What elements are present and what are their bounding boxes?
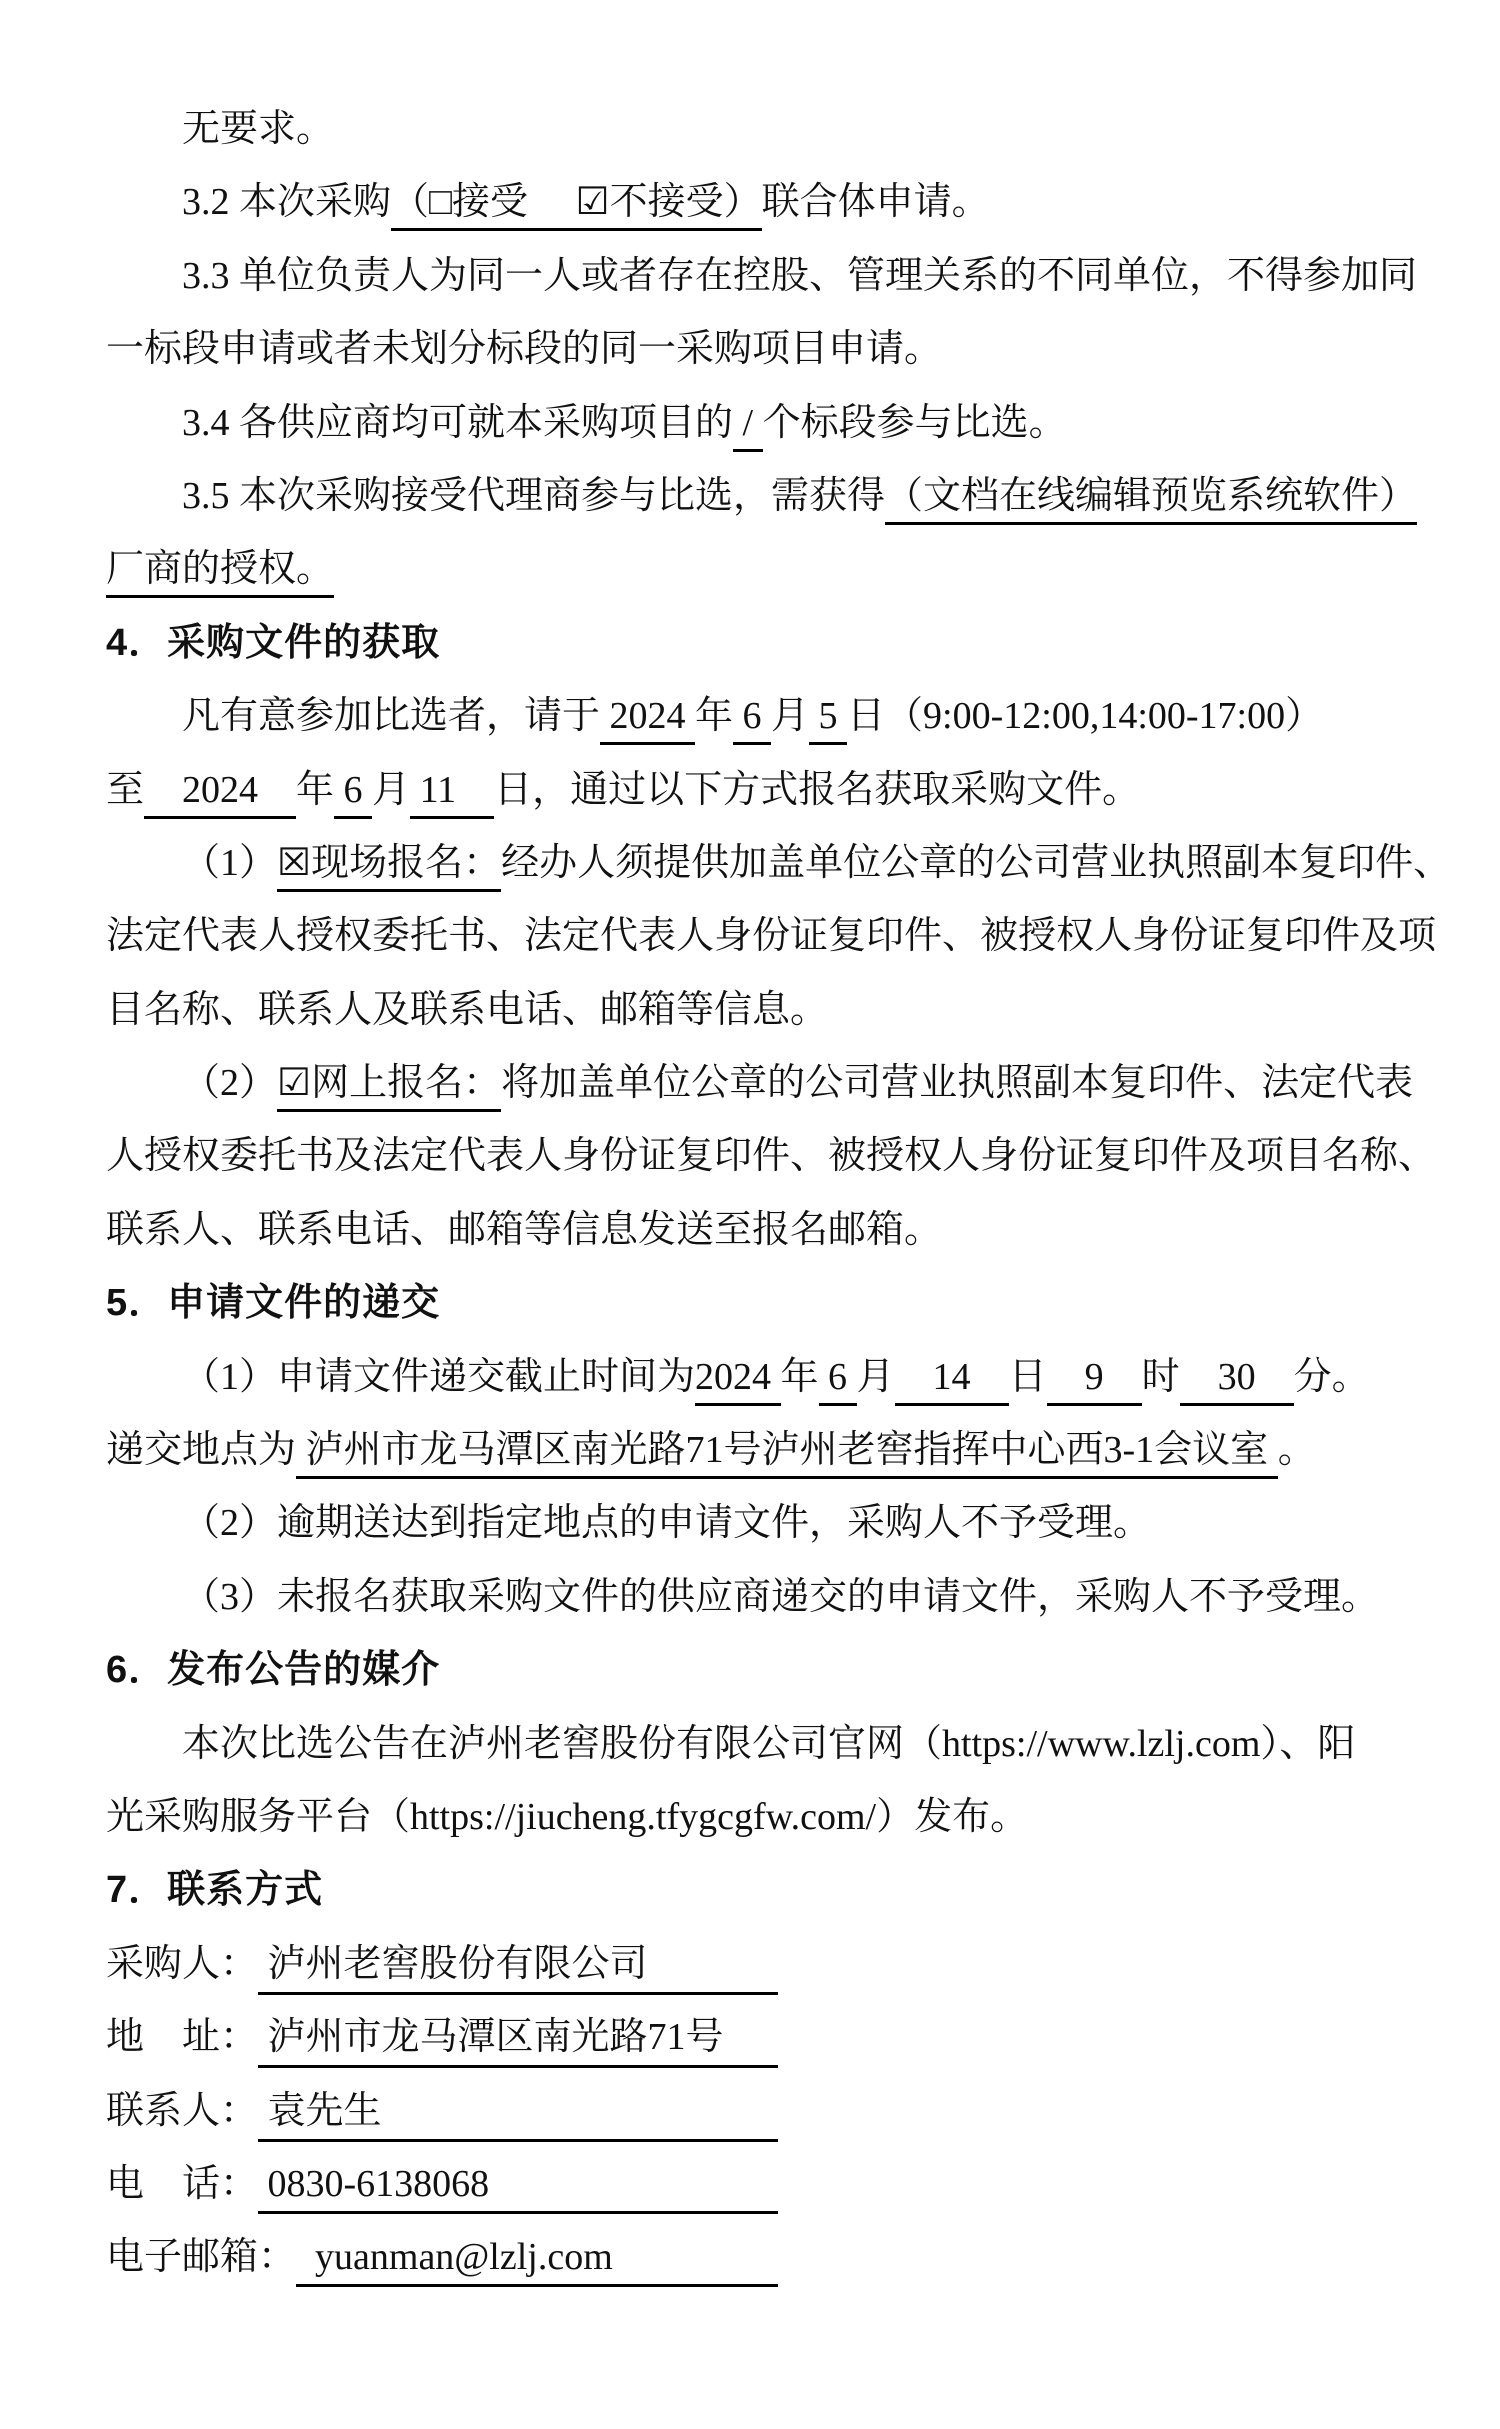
contact-email: 电子邮箱： yuanman@lzlj.com [106, 2221, 1411, 2294]
text-segment: 时 [1142, 1356, 1180, 1398]
text-segment: 本次比选公告在泸州老窖股份有限公司官网（https://www.lzlj.com… [182, 1723, 1355, 1765]
text-segment: 厂商的授权。 [106, 548, 334, 598]
text-segment: 3.4 各供应商均可就本采购项目的 [182, 402, 733, 444]
text-segment: （1）申请文件递交截止时间为 [182, 1356, 695, 1398]
checkbox-checked-icon: ☑ [576, 181, 610, 231]
text-segment: 6 [733, 695, 771, 745]
line-no-requirement: 无要求。 [106, 93, 1411, 166]
text-segment: 电 话： [106, 2163, 258, 2205]
text-segment: 3.2 本次采购 [182, 181, 391, 223]
text-segment: 无要求。 [182, 108, 334, 150]
text-segment: 至 [106, 769, 144, 811]
line-3-5-wrap-2: 厂商的授权。 [106, 533, 1411, 606]
text-segment: 凡有意参加比选者，请于 [182, 695, 600, 737]
text-segment: 递交地点为 [106, 1429, 296, 1471]
text-segment: 年 [781, 1356, 819, 1398]
document-body: 无要求。3.2 本次采购（□接受 ☑不接受）联合体申请。3.3 单位负责人为同一… [106, 93, 1411, 2295]
heading-4: 4．采购文件的获取 [106, 607, 1411, 680]
checkbox-x-icon: ☒ [277, 842, 311, 892]
text-segment: 6 [334, 769, 372, 819]
text-segment: 个标段参与比选。 [763, 402, 1067, 444]
text-segment: 7．联系方式 [106, 1869, 323, 1911]
text-segment: / [733, 402, 763, 452]
text-segment: 年 [695, 695, 733, 737]
line-onsite-wrap-2: 法定代表人授权委托书、法定代表人身份证复印件、被授权人身份证复印件及项 [106, 900, 1411, 973]
line-3-2-consortium: 3.2 本次采购（□接受 ☑不接受）联合体申请。 [106, 166, 1411, 239]
text-segment: 采购人： [106, 1943, 258, 1985]
text-segment: 一标段申请或者未划分标段的同一采购项目申请。 [106, 328, 942, 370]
text-segment: 日，通过以下方式报名获取采购文件。 [494, 769, 1140, 811]
text-segment: 3.3 单位负责人为同一人或者存在控股、管理关系的不同单位，不得参加同 [182, 255, 1417, 297]
text-segment: 11 [410, 769, 494, 819]
text-segment: 月 [372, 769, 410, 811]
text-segment: （文档在线编辑预览系统软件） [885, 475, 1417, 525]
text-segment: 6 [819, 1356, 857, 1406]
text-segment: 9 [1047, 1356, 1142, 1406]
text-segment: 泸州市龙马潭区南光路71号 [258, 2005, 778, 2068]
text-segment: 经办人须提供加盖单位公章的公司营业执照副本复印件、 [501, 842, 1451, 884]
text-segment: 联系人、联系电话、邮箱等信息发送至报名邮箱。 [106, 1209, 942, 1251]
line-3-3-wrap-1: 3.3 单位负责人为同一人或者存在控股、管理关系的不同单位，不得参加同 [106, 240, 1411, 313]
line-4-date-wrap-1: 凡有意参加比选者，请于 2024 年 6 月 5 日（9:00-12:00,14… [106, 680, 1411, 753]
contact-phone: 电 话： 0830-6138068 [106, 2148, 1411, 2221]
text-segment: 30 [1180, 1356, 1294, 1406]
line-online-wrap-3: 联系人、联系电话、邮箱等信息发送至报名邮箱。 [106, 1194, 1411, 1267]
text-segment: 不接受） [610, 181, 762, 231]
text-segment: 4．采购文件的获取 [106, 622, 440, 664]
line-online-wrap-2: 人授权委托书及法定代表人身份证复印件、被授权人身份证复印件及项目名称、 [106, 1120, 1411, 1193]
text-segment: 日 [1009, 1356, 1047, 1398]
line-3-5-wrap-1: 3.5 本次采购接受代理商参与比选，需获得（文档在线编辑预览系统软件） [106, 460, 1411, 533]
text-segment: 联系人： [106, 2090, 258, 2132]
text-segment: 目名称、联系人及联系电话、邮箱等信息。 [106, 989, 828, 1031]
text-segment: 0830-6138068 [258, 2162, 778, 2214]
text-segment: 接受 [452, 181, 576, 231]
text-segment: 6．发布公告的媒介 [106, 1649, 440, 1691]
line-online-wrap-1: （2）☑网上报名：将加盖单位公章的公司营业执照副本复印件、法定代表 [106, 1047, 1411, 1120]
text-segment: 2024 [695, 1356, 781, 1406]
heading-5: 5．申请文件的递交 [106, 1267, 1411, 1340]
text-segment: 法定代表人授权委托书、法定代表人身份证复印件、被授权人身份证复印件及项 [106, 915, 1436, 957]
text-segment: 将加盖单位公章的公司营业执照副本复印件、法定代表 [501, 1062, 1413, 1104]
text-segment: 5．申请文件的递交 [106, 1282, 440, 1324]
line-5-deadline: （1）申请文件递交截止时间为2024 年 6 月 14 日 9 时 30 分。 [106, 1341, 1411, 1414]
text-segment: 联合体申请。 [762, 181, 990, 223]
line-onsite-wrap-3: 目名称、联系人及联系电话、邮箱等信息。 [106, 974, 1411, 1047]
contact-purchaser: 采购人： 泸州老窖股份有限公司 [106, 1928, 1411, 2001]
text-segment: 分。 [1294, 1356, 1370, 1398]
text-segment: 。 [1278, 1429, 1316, 1471]
document-page: 无要求。3.2 本次采购（□接受 ☑不接受）联合体申请。3.3 单位负责人为同一… [0, 0, 1500, 2429]
contact-person: 联系人： 袁先生 [106, 2075, 1411, 2148]
text-segment: （3）未报名获取采购文件的供应商递交的申请文件，采购人不予受理。 [182, 1576, 1379, 1618]
checkbox-unchecked-icon: □ [429, 181, 452, 231]
line-6-media-wrap-2: 光采购服务平台（https://jiucheng.tfygcgfw.com/）发… [106, 1781, 1411, 1854]
checkbox-checked-icon: ☑ [277, 1062, 311, 1112]
text-segment: 日（9:00-12:00,14:00-17:00） [847, 695, 1323, 737]
heading-7: 7．联系方式 [106, 1854, 1411, 1927]
text-segment: （ [391, 181, 429, 231]
text-segment: 月 [857, 1356, 895, 1398]
text-segment: 网上报名： [311, 1062, 501, 1112]
line-6-media-wrap-1: 本次比选公告在泸州老窖股份有限公司官网（https://www.lzlj.com… [106, 1708, 1411, 1781]
text-segment: 电子邮箱： [106, 2236, 296, 2278]
contact-address: 地 址： 泸州市龙马潭区南光路71号 [106, 2001, 1411, 2074]
text-segment: 5 [809, 695, 847, 745]
text-segment: 光采购服务平台（https://jiucheng.tfygcgfw.com/）发… [106, 1796, 1028, 1838]
text-segment: 年 [296, 769, 334, 811]
text-segment: 袁先生 [258, 2079, 778, 2142]
text-segment: 2024 [600, 695, 695, 745]
line-3-3-wrap-2: 一标段申请或者未划分标段的同一采购项目申请。 [106, 313, 1411, 386]
text-segment: （2） [182, 1062, 277, 1104]
heading-6: 6．发布公告的媒介 [106, 1634, 1411, 1707]
text-segment: 人授权委托书及法定代表人身份证复印件、被授权人身份证复印件及项目名称、 [106, 1135, 1436, 1177]
line-4-date-wrap-2: 至 2024 年 6 月 11 日，通过以下方式报名获取采购文件。 [106, 754, 1411, 827]
text-segment: 泸州老窖股份有限公司 [258, 1932, 778, 1995]
text-segment: 月 [771, 695, 809, 737]
text-segment: 14 [895, 1356, 1009, 1406]
line-3-4-lots: 3.4 各供应商均可就本采购项目的 / 个标段参与比选。 [106, 387, 1411, 460]
line-5-unregistered: （3）未报名获取采购文件的供应商递交的申请文件，采购人不予受理。 [106, 1561, 1411, 1634]
text-segment: （2）逾期送达到指定地点的申请文件，采购人不予受理。 [182, 1502, 1151, 1544]
line-onsite-wrap-1: （1）☒现场报名：经办人须提供加盖单位公章的公司营业执照副本复印件、 [106, 827, 1411, 900]
text-segment: 泸州市龙马潭区南光路71号泸州老窖指挥中心西3-1会议室 [296, 1429, 1278, 1479]
line-5-overdue: （2）逾期送达到指定地点的申请文件，采购人不予受理。 [106, 1487, 1411, 1560]
text-segment: （1） [182, 842, 277, 884]
line-5-location: 递交地点为 泸州市龙马潭区南光路71号泸州老窖指挥中心西3-1会议室 。 [106, 1414, 1411, 1487]
text-segment: 2024 [144, 769, 296, 819]
text-segment: 地 址： [106, 2016, 258, 2058]
text-segment: 现场报名： [311, 842, 501, 892]
text-segment: 3.5 本次采购接受代理商参与比选，需获得 [182, 475, 885, 517]
text-segment: yuanman@lzlj.com [296, 2235, 778, 2287]
